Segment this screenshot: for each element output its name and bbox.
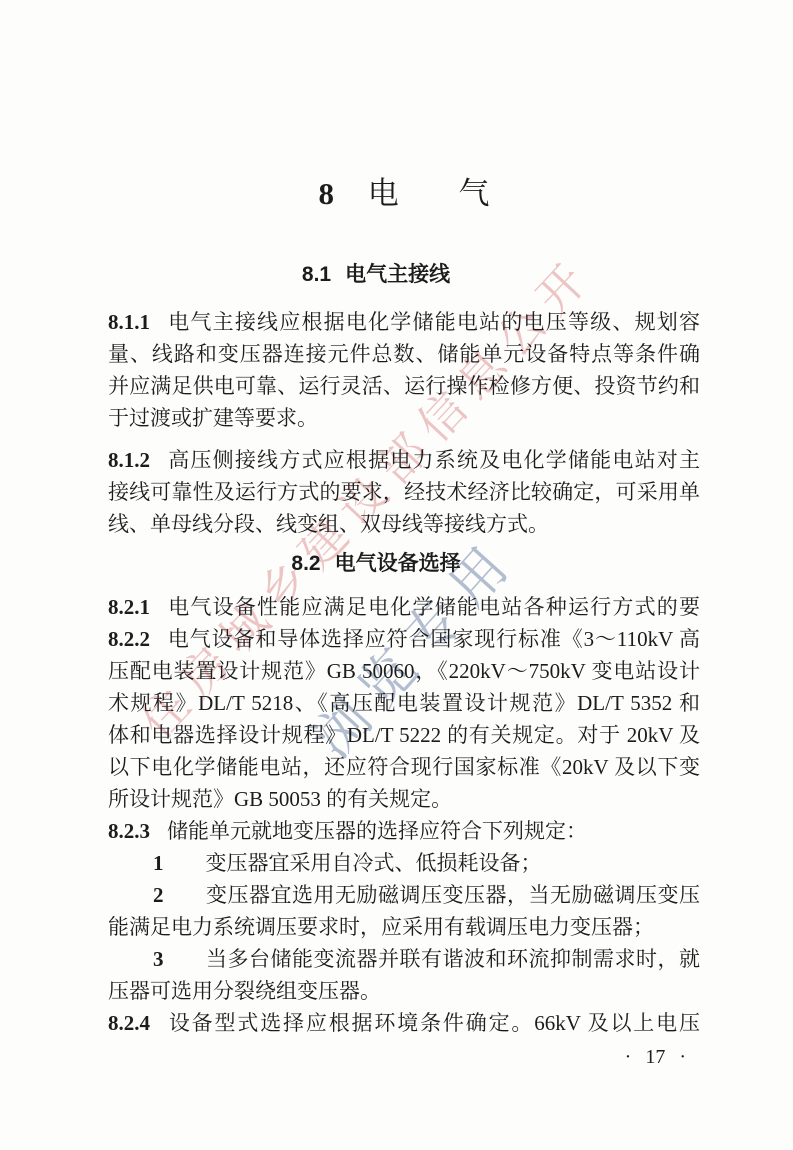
text-line: 于过渡或扩建等要求。 [108,402,700,434]
line-text: 压配电装置设计规范》GB 50060，《220kV～750kV 变电站设计技 [108,659,700,687]
chapter-title-char-1: 电 [368,176,399,211]
section-heading: 8.2电气设备选择 [80,548,672,580]
line-text: 术规程》DL/T 5218、《高压配电装置设计规范》DL/T 5352 和《导 [108,691,700,719]
text-line: 以下电化学储能电站，还应符合现行国家标准《20kV 及以下变电 [108,751,700,783]
chapter-title-char-2: 气 [459,176,490,211]
item-number: 1 [153,851,164,875]
text-line: 8.2.4设备型式选择应根据环境条件确定。66kV 及以上电压 [108,1007,700,1039]
line-text: 高压侧接线方式应根据电力系统及电化学储能电站对主 [167,448,700,472]
chapter-number: 8 [319,176,335,211]
text-line: 8.1.2高压侧接线方式应根据电力系统及电化学储能电站对主 [108,444,700,476]
line-text: 并应满足供电可靠、运行灵活、运行操作检修方便、投资节约和便 [108,374,700,402]
line-text: 能满足电力系统调压要求时，应采用有载调压电力变压器； [108,915,654,939]
text-line: 1变压器宜采用自冷式、低损耗设备； [108,847,700,879]
section-title: 电气设备选择 [335,552,461,575]
page-number: 17 [645,1046,665,1068]
text-line: 术规程》DL/T 5218、《高压配电装置设计规范》DL/T 5352 和《导 [108,687,700,719]
line-text: 以下电化学储能电站，还应符合现行国家标准《20kV 及以下变电 [108,755,700,783]
text-line: 压配电装置设计规范》GB 50060，《220kV～750kV 变电站设计技 [108,655,700,687]
line-text: 线、单母线分段、线变组、双母线等接线方式。 [108,512,549,536]
clause-number: 8.1.1 [108,310,150,334]
line-text: 设备型式选择应根据环境条件确定。66kV 及以上电压 [167,1011,700,1035]
text-line: 并应满足供电可靠、运行灵活、运行操作检修方便、投资节约和便 [108,370,700,402]
footer-dot-right: · [679,1046,686,1068]
document-blocks: 8.1电气主接线8.1.1电气主接线应根据电化学储能电站的电压等级、规划容量、线… [108,259,700,1039]
text-line: 线、单母线分段、线变组、双母线等接线方式。 [108,508,700,540]
line-text: 储能单元就地变压器的选择应符合下列规定： [167,819,587,843]
footer-dot-left: · [625,1046,632,1068]
line-text: 变压器宜采用自冷式、低损耗设备； [206,851,542,875]
text-line: 8.2.3储能单元就地变压器的选择应符合下列规定： [108,815,700,847]
item-number: 2 [153,883,164,907]
page-footer: · 17 · [108,1042,700,1072]
list-item: 2变压器宜选用无励磁调压变压器，当无励磁调压变压器不能满足电力系统调压要求时，应… [108,879,700,943]
line-text: 当多台储能变流器并联有谐波和环流抑制需求时，就地变 [153,947,700,975]
line-text: 变压器宜选用无励磁调压变压器，当无励磁调压变压器不 [153,883,700,911]
section-title: 电气主接线 [345,263,450,286]
clause-number: 8.1.2 [108,448,150,472]
text-line: 能满足电力系统调压要求时，应采用有载调压电力变压器； [108,911,700,943]
clause-paragraph: 8.2.3储能单元就地变压器的选择应符合下列规定： [108,815,700,847]
text-line: 压器可选用分裂绕组变压器。 [108,975,700,1007]
text-line: 3当多台储能变流器并联有谐波和环流抑制需求时，就地变 [108,943,700,975]
line-text: 体和电器选择设计规程》DL/T 5222 的有关规定。对于 20kV 及 [108,723,700,747]
clause-paragraph: 8.2.2电气设备和导体选择应符合国家现行标准《3～110kV 高压配电装置设计… [108,623,700,815]
clause-number: 8.2.4 [108,1011,150,1035]
clause-paragraph: 8.2.4设备型式选择应根据环境条件确定。66kV 及以上电压 [108,1007,700,1039]
line-text: 电气设备和导体选择应符合国家现行标准《3～110kV 高 [167,627,700,651]
line-text: 压器可选用分裂绕组变压器。 [108,979,381,1003]
text-line: 体和电器选择设计规程》DL/T 5222 的有关规定。对于 20kV 及 [108,719,700,751]
line-text: 电气设备性能应满足电化学储能电站各种运行方式的要求。 [108,595,700,623]
clause-paragraph: 8.1.1电气主接线应根据电化学储能电站的电压等级、规划容量、线路和变压器连接元… [108,306,700,434]
text-line: 8.1.1电气主接线应根据电化学储能电站的电压等级、规划容 [108,306,700,338]
clause-number: 8.2.2 [108,627,150,651]
section-number: 8.2 [291,552,320,575]
document-page-body: 8 电 气 8.1电气主接线8.1.1电气主接线应根据电化学储能电站的电压等级、… [0,0,793,1072]
text-line: 量、线路和变压器连接元件总数、储能单元设备特点等条件确定， [108,338,700,370]
line-text: 所设计规范》GB 50053 的有关规定。 [108,787,452,811]
section-heading: 8.1电气主接线 [80,259,672,291]
line-text: 接线可靠性及运行方式的要求，经技术经济比较确定，可采用单母 [108,480,700,508]
text-line: 8.2.1电气设备性能应满足电化学储能电站各种运行方式的要求。 [108,591,700,623]
list-item: 1变压器宜采用自冷式、低损耗设备； [108,847,700,879]
clause-paragraph: 8.2.1电气设备性能应满足电化学储能电站各种运行方式的要求。 [108,591,700,623]
clause-number: 8.2.3 [108,819,150,843]
clause-number: 8.2.1 [108,595,150,619]
section-number: 8.1 [302,263,331,286]
text-line: 2变压器宜选用无励磁调压变压器，当无励磁调压变压器不 [108,879,700,911]
text-line: 接线可靠性及运行方式的要求，经技术经济比较确定，可采用单母 [108,476,700,508]
line-text: 量、线路和变压器连接元件总数、储能单元设备特点等条件确定， [108,342,700,370]
text-line: 8.2.2电气设备和导体选择应符合国家现行标准《3～110kV 高 [108,623,700,655]
item-number: 3 [153,947,164,971]
line-text: 于过渡或扩建等要求。 [108,406,318,430]
chapter-heading: 8 电 气 [108,174,700,214]
clause-paragraph: 8.1.2高压侧接线方式应根据电力系统及电化学储能电站对主接线可靠性及运行方式的… [108,444,700,540]
text-line: 所设计规范》GB 50053 的有关规定。 [108,783,700,815]
line-text: 电气主接线应根据电化学储能电站的电压等级、规划容 [167,310,700,334]
page: { "watermarks": { "primary": { "text": "… [0,0,793,1150]
list-item: 3当多台储能变流器并联有谐波和环流抑制需求时，就地变压器可选用分裂绕组变压器。 [108,943,700,1007]
